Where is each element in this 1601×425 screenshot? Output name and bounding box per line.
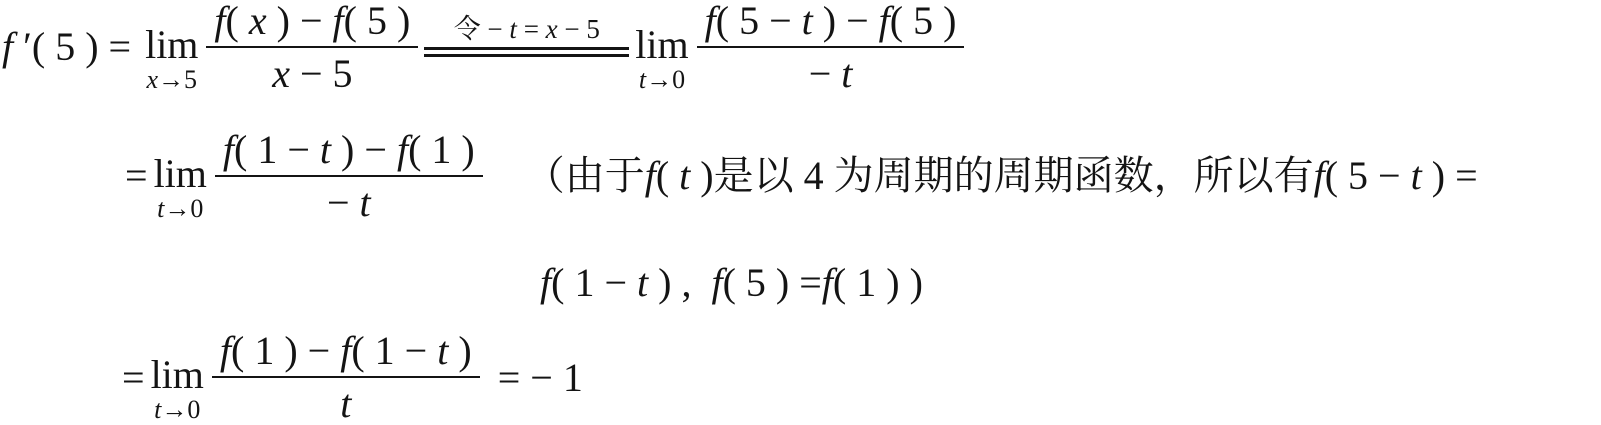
math-token: ) [448, 328, 471, 373]
math-token: ) , [648, 262, 711, 304]
equals-sign: = [122, 357, 145, 399]
fraction-numerator: f( 1 − t ) − f( 1 ) [215, 129, 483, 175]
math-token: x [546, 14, 558, 44]
math-token: ( [656, 153, 679, 198]
equation-line-1: f ′( 5 ) = lim x→5 f( x ) − f( 5 ) x − 5… [2, 0, 968, 94]
math-token: x [249, 0, 267, 43]
math-token: f [822, 262, 833, 304]
substitution-annotation: 令 − t = x − 5 [448, 15, 606, 47]
equation-line-3: f( 1 − t ) , f( 5 ) =f( 1 ) ) [540, 252, 923, 314]
limit-operator-x-to-5: lim x→5 [145, 26, 198, 93]
math-token: ( 1 − [234, 127, 320, 172]
math-token: ′( 5 ) = [13, 26, 141, 68]
fraction-numerator: f( 1 ) − f( 1 − t ) [212, 330, 480, 376]
math-token: − [809, 51, 842, 96]
math-token: t [639, 65, 646, 94]
math-token: t [841, 51, 852, 96]
math-token: t [679, 153, 690, 198]
math-token: f [1314, 153, 1325, 198]
math-token: f [333, 0, 344, 43]
math-token: ( [226, 0, 249, 43]
math-token: t [802, 0, 813, 43]
math-token: − [327, 180, 360, 225]
fraction-denominator: x − 5 [264, 48, 360, 95]
math-token: 令 − [454, 14, 510, 44]
math-token: = [517, 14, 546, 44]
lim-subscript: x→5 [146, 67, 197, 93]
math-token: ) = [1422, 153, 1478, 198]
math-token: f [223, 127, 234, 172]
math-token: f [2, 26, 13, 68]
lim-symbol: lim [154, 155, 207, 193]
fraction-denominator: t [332, 378, 359, 425]
substitution-equals: 令 − t = x − 5 [424, 15, 629, 57]
double-equals-line [424, 47, 629, 57]
math-token: →0 [164, 194, 203, 223]
math-token: t [437, 328, 448, 373]
math-token: ( 1 ) ) [833, 262, 923, 304]
difference-quotient-x: f( x ) − f( 5 ) x − 5 [206, 0, 418, 95]
math-token: →0 [646, 65, 685, 94]
math-token: t [509, 14, 517, 44]
derivative-lhs: f ′( 5 ) = [2, 26, 141, 68]
math-token: − 5 [558, 14, 600, 44]
math-token: ) − [813, 0, 879, 43]
math-token: t [154, 395, 161, 424]
math-token: t [157, 194, 164, 223]
math-token: f [220, 328, 231, 373]
math-token: →0 [161, 395, 200, 424]
math-token: ( 5 − [716, 0, 802, 43]
math-token: x [146, 65, 158, 94]
math-token: f [705, 0, 716, 43]
math-token: ( 1 ) [408, 127, 475, 172]
lim-symbol: lim [151, 356, 204, 394]
math-token: f [214, 0, 225, 43]
equation-line-4: = lim t→0 f( 1 ) − f( 1 − t ) t = − 1 [122, 330, 583, 425]
math-token: ( 5 − [1325, 153, 1411, 198]
limit-operator-t-to-0: lim t→0 [635, 26, 688, 93]
equation-line-2: = lim t→0 f( 1 − t ) − f( 1 ) − t （由于f( … [125, 129, 1478, 223]
math-token: t [340, 381, 351, 425]
fraction-denominator: − t [801, 48, 861, 95]
limit-operator-t-to-0: lim t→0 [154, 155, 207, 222]
fraction-numerator: f( x ) − f( 5 ) [206, 0, 418, 46]
math-token: ) − [267, 0, 333, 43]
math-token: )是以 4 为周期的周期函数，所以有 [690, 153, 1313, 198]
math-token: ) − [331, 127, 397, 172]
math-token: − 5 [290, 51, 353, 96]
math-token: f [879, 0, 890, 43]
lim-symbol: lim [145, 26, 198, 64]
lim-subscript: t→0 [639, 67, 685, 93]
difference-quotient-final: f( 1 ) − f( 1 − t ) t [212, 330, 480, 425]
math-token: f [540, 262, 551, 304]
fraction-denominator: − t [319, 177, 379, 224]
math-token: f [340, 328, 351, 373]
lim-subscript: t→0 [157, 196, 203, 222]
fraction-numerator: f( 5 − t ) − f( 5 ) [697, 0, 965, 46]
math-token: ( 5 ) [344, 0, 411, 43]
math-token: （由于 [525, 153, 645, 198]
math-token: t [637, 262, 648, 304]
limit-operator-t-to-0: lim t→0 [151, 356, 204, 423]
math-token: t [360, 180, 371, 225]
math-token: t [320, 127, 331, 172]
math-token: ( 5 ) = [723, 262, 822, 304]
difference-quotient-1-minus-t: f( 1 − t ) − f( 1 ) − t [215, 129, 483, 224]
math-token: ( 1 − [551, 262, 637, 304]
periodicity-remark-continued: f( 1 − t ) , f( 5 ) =f( 1 ) ) [540, 262, 923, 304]
math-token: ( 5 ) [890, 0, 957, 43]
math-token: t [1411, 153, 1422, 198]
math-token: f [711, 262, 722, 304]
math-token: ( 1 ) − [231, 328, 340, 373]
math-token: →5 [158, 65, 197, 94]
lim-subscript: t→0 [154, 397, 200, 423]
math-token: f [397, 127, 408, 172]
math-token: ( 1 − [351, 328, 437, 373]
math-token: x [272, 51, 290, 96]
difference-quotient-5-minus-t: f( 5 − t ) − f( 5 ) − t [697, 0, 965, 95]
periodicity-remark: （由于f( t )是以 4 为周期的周期函数，所以有f( 5 − t ) = [525, 155, 1478, 197]
lim-symbol: lim [635, 26, 688, 64]
equals-sign: = [125, 155, 148, 197]
math-token: f [645, 153, 656, 198]
final-result: = − 1 [498, 357, 583, 399]
